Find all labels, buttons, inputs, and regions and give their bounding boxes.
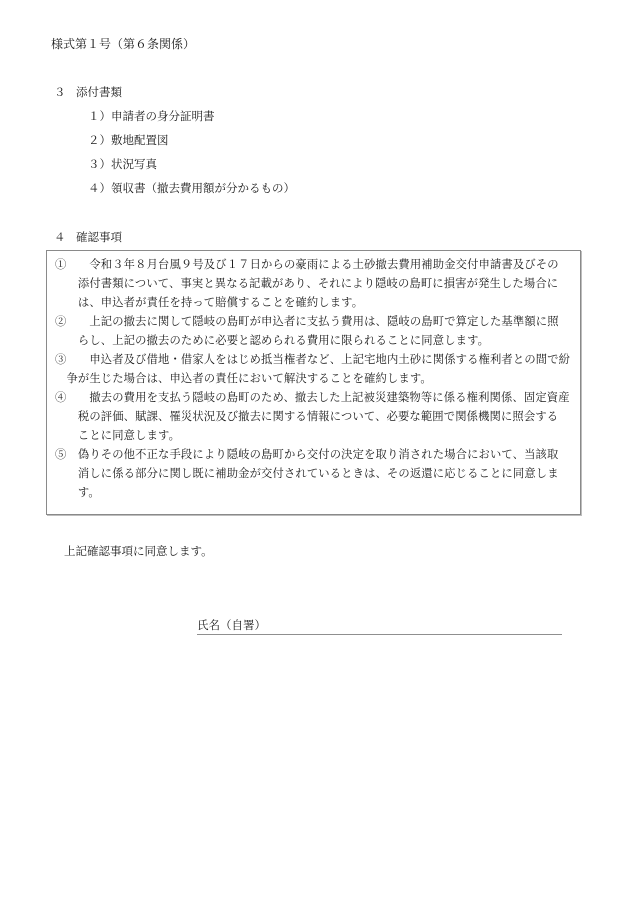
section-confirmation-heading: ４確認事項 <box>54 232 122 244</box>
confirmation-line: ② 上記の撤去に関して隠岐の島町が申込者に支払う費用は、隠岐の島町で算定した基準… <box>55 316 559 327</box>
attachment-item: ４）領収書（撤去費用額が分かるもの） <box>88 183 295 195</box>
section-title: 添付書類 <box>76 85 122 99</box>
attachment-item: ２）敷地配置図 <box>88 135 169 147</box>
signature-label: 氏名（自署） <box>197 620 266 632</box>
confirmation-line: らし、上記の撤去のために必要と認められる費用に限られることに同意します。 <box>55 335 489 346</box>
signature-field[interactable]: 氏名（自署） <box>197 620 562 635</box>
section-number: ４ <box>54 232 76 244</box>
confirmation-box: ① 令和３年８月台風９号及び１７日からの豪雨による土砂撤去費用補助金交付申請書及… <box>46 250 581 515</box>
confirmation-line: 争が生じた場合は、申込者の責任において解決することを確約します。 <box>55 373 432 384</box>
attachment-item: ３）状況写真 <box>88 159 157 171</box>
confirmation-line: ⑤ 偽りその他不正な手段により隠岐の島町から交付の決定を取り消された場合において… <box>55 449 558 460</box>
confirmation-line: ④ 撤去の費用を支払う隠岐の島町のため、撤去した上記被災建築物等に係る権利関係、… <box>55 392 570 403</box>
agreement-statement: 上記確認事項に同意します。 <box>64 546 213 558</box>
confirmation-line: ことに同意します。 <box>55 430 180 441</box>
confirmation-line: ③ 申込者及び借地・借家人をはじめ抵当権者など、上記宅地内土砂に関係する権利者と… <box>55 354 570 365</box>
confirmation-line: 税の評価、賦課、罹災状況及び撤去に関する情報について、必要な範囲で関係機関に照会… <box>55 411 558 422</box>
confirmation-line: ① 令和３年８月台風９号及び１７日からの豪雨による土砂撤去費用補助金交付申請書及… <box>55 259 559 270</box>
form-number-label: 様式第１号（第６条関係） <box>51 38 195 50</box>
attachment-item: １）申請者の身分証明書 <box>88 111 215 123</box>
section-attachments-heading: ３添付書類 <box>54 87 122 99</box>
section-title: 確認事項 <box>76 230 122 244</box>
confirmation-line: 消しに係る部分に関し既に補助金が交付されているときは、その返還に応じることに同意… <box>55 468 559 479</box>
confirmation-line: 添付書類について、事実と異なる記載があり、それにより隠岐の島町に損害が発生した場… <box>55 278 558 289</box>
confirmation-line: は、申込者が責任を持って賠償することを確約します。 <box>55 297 363 308</box>
confirmation-line: す。 <box>55 487 100 498</box>
section-number: ３ <box>54 87 76 99</box>
